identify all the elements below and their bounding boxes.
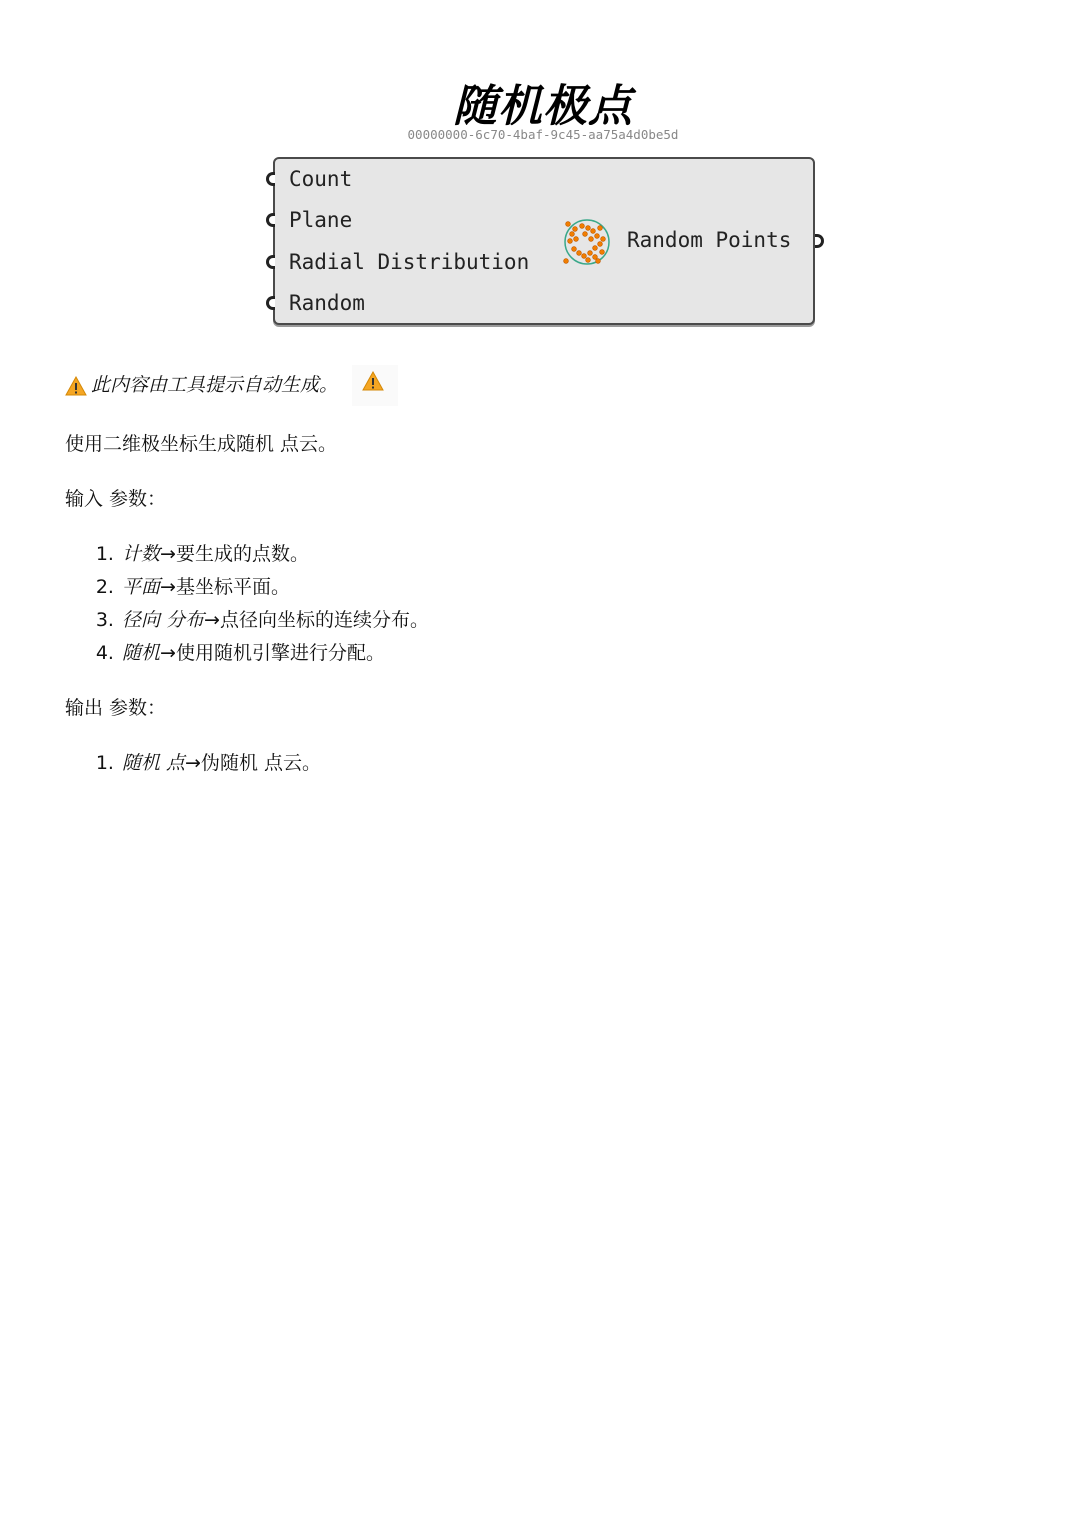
random-points-in-circle-icon [562, 217, 612, 267]
input-param-random: Random [289, 291, 365, 315]
outputs-list: 随机 点→伪随机 点云。 [65, 747, 1015, 780]
output-grip-random-points[interactable] [815, 234, 824, 248]
input-param-count: Count [289, 167, 352, 191]
input-grip-plane[interactable] [266, 213, 275, 227]
component-node[interactable]: Count Plane Radial Distribution Random R… [273, 157, 815, 325]
auto-generated-warning: 此内容由工具提示自动生成。 [65, 365, 1015, 406]
list-item: 平面→基坐标平面。 [120, 571, 1015, 604]
inputs-heading: 输入 参数： [65, 483, 1015, 516]
input-grip-random[interactable] [266, 296, 275, 310]
warning-text: 此内容由工具提示自动生成。 [91, 369, 338, 402]
output-param-random-points: Random Points [627, 228, 791, 252]
component-guid: 00000000-6c70-4baf-9c45-aa75a4d0be5d [0, 127, 1086, 142]
page-title: 随机极点 [0, 70, 1086, 134]
component-description: 使用二维极坐标生成随机 点云。 [65, 428, 1015, 461]
list-item: 随机 点→伪随机 点云。 [120, 747, 1015, 780]
input-grip-radial-distribution[interactable] [266, 255, 275, 269]
input-param-radial-distribution: Radial Distribution [289, 250, 529, 274]
outputs-heading: 输出 参数： [65, 692, 1015, 725]
list-item: 计数→要生成的点数。 [120, 538, 1015, 571]
warning-icon [362, 371, 384, 391]
list-item: 径向 分布→点径向坐标的连续分布。 [120, 604, 1015, 637]
list-item: 随机→使用随机引擎进行分配。 [120, 637, 1015, 670]
inputs-list: 计数→要生成的点数。 平面→基坐标平面。 径向 分布→点径向坐标的连续分布。 随… [65, 538, 1015, 670]
input-param-plane: Plane [289, 208, 352, 232]
input-grip-count[interactable] [266, 172, 275, 186]
warning-icon [65, 376, 87, 396]
documentation: 此内容由工具提示自动生成。 使用二维极坐标生成随机 点云。 输入 参数： 计数→… [65, 365, 1015, 802]
